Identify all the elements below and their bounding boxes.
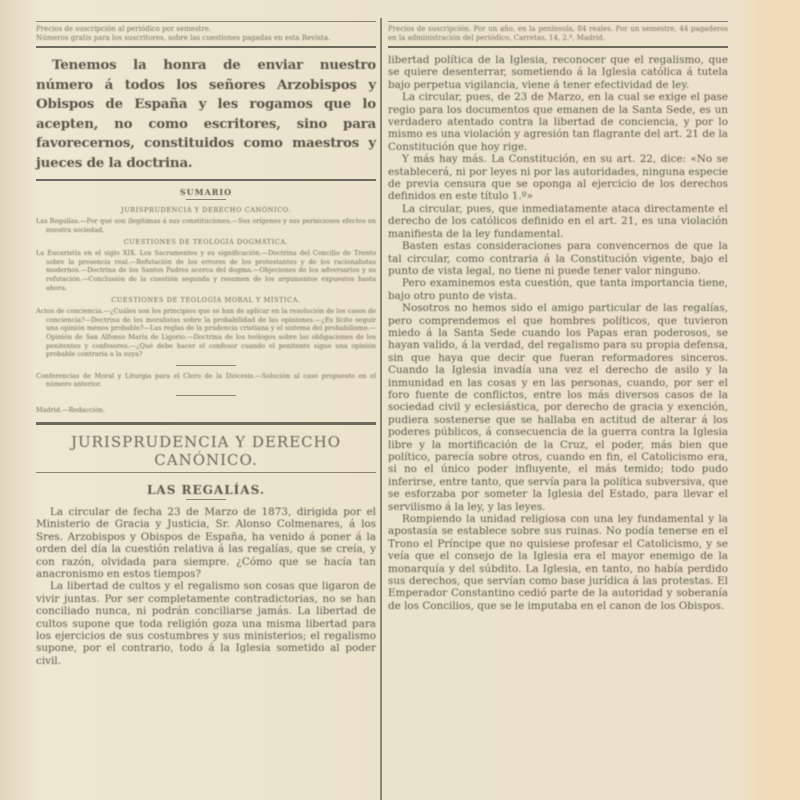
sumario-entry: Actos de conciencia.—¿Cuáles son los pri… bbox=[36, 307, 376, 359]
page-edge bbox=[0, 0, 30, 800]
short-rule bbox=[176, 365, 236, 366]
article-paragraph: La circular de fecha 23 de Marzo de 1873… bbox=[36, 506, 376, 580]
article-paragraph: Rompiendo la unidad religiosa con una le… bbox=[388, 513, 728, 612]
article-body-left: La circular de fecha 23 de Marzo de 1873… bbox=[36, 506, 376, 667]
sumario-entry: La Eucaristía en el siglo XIX. Los Sacra… bbox=[36, 249, 376, 292]
article-paragraph: La circular, pues, que inmediatamente at… bbox=[388, 203, 728, 240]
top-rule bbox=[388, 21, 728, 22]
sumario-footnote: Conferencias de Moral y Liturgia para el… bbox=[36, 372, 376, 389]
rule bbox=[36, 179, 376, 181]
article-body-right: libertad política de la Iglesia, reconoc… bbox=[388, 54, 728, 612]
sumario-section-heading: CUESTIONES DE TEOLOGÍA DOGMÁTICA. bbox=[36, 238, 376, 246]
section-heading: JURISPRUDENCIA Y DERECHO CANÓNICO. bbox=[36, 433, 376, 469]
subscription-notice-line1: Precios de suscripción al periódico por … bbox=[36, 25, 376, 34]
left-column: Precios de suscripción al periódico por … bbox=[36, 18, 376, 667]
article-title: LAS REGALÍAS. bbox=[36, 483, 376, 497]
rule bbox=[388, 46, 728, 48]
section-rule bbox=[36, 422, 376, 425]
rule bbox=[36, 472, 376, 473]
article-paragraph: libertad política de la Iglesia, reconoc… bbox=[388, 54, 728, 91]
sumario-title: SUMARIO bbox=[36, 187, 376, 197]
article-paragraph: Nosotros no hemos sido el amigo particul… bbox=[388, 302, 728, 513]
right-column: Precios de suscripción. Por un año, en l… bbox=[388, 18, 728, 612]
intro-paragraph: Tenemos la honra de enviar nuestro númer… bbox=[36, 56, 376, 173]
short-rule bbox=[186, 499, 226, 500]
short-rule bbox=[186, 199, 226, 200]
sumario-section-heading: JURISPRUDENCIA Y DERECHO CANÓNICO. bbox=[36, 206, 376, 214]
column-divider bbox=[380, 18, 382, 800]
top-rule bbox=[36, 21, 376, 22]
subscription-notice-line2: Números gratis para los suscritores, sob… bbox=[36, 34, 376, 43]
short-rule bbox=[176, 395, 236, 396]
article-paragraph: Pero examinemos esta cuestión, que tanta… bbox=[388, 277, 728, 302]
dateline: Madrid.—Redacción. bbox=[36, 406, 376, 414]
subscription-prices-notice: Precios de suscripción. Por un año, en l… bbox=[388, 25, 728, 43]
article-paragraph: Y más hay más. La Constitución, en su ar… bbox=[388, 153, 728, 203]
rule bbox=[36, 46, 376, 48]
article-paragraph: Basten estas consideraciones para conven… bbox=[388, 240, 728, 277]
article-paragraph: La circular, pues, de 23 de Marzo, en la… bbox=[388, 91, 728, 153]
article-paragraph: La libertad de cultos y el regalismo son… bbox=[36, 580, 376, 667]
sumario-entry: Las Regalías.—Por qué son ilegítimas á s… bbox=[36, 217, 376, 234]
sumario-section-heading: CUESTIONES DE TEOLOGÍA MORAL Y MÍSTICA. bbox=[36, 296, 376, 304]
